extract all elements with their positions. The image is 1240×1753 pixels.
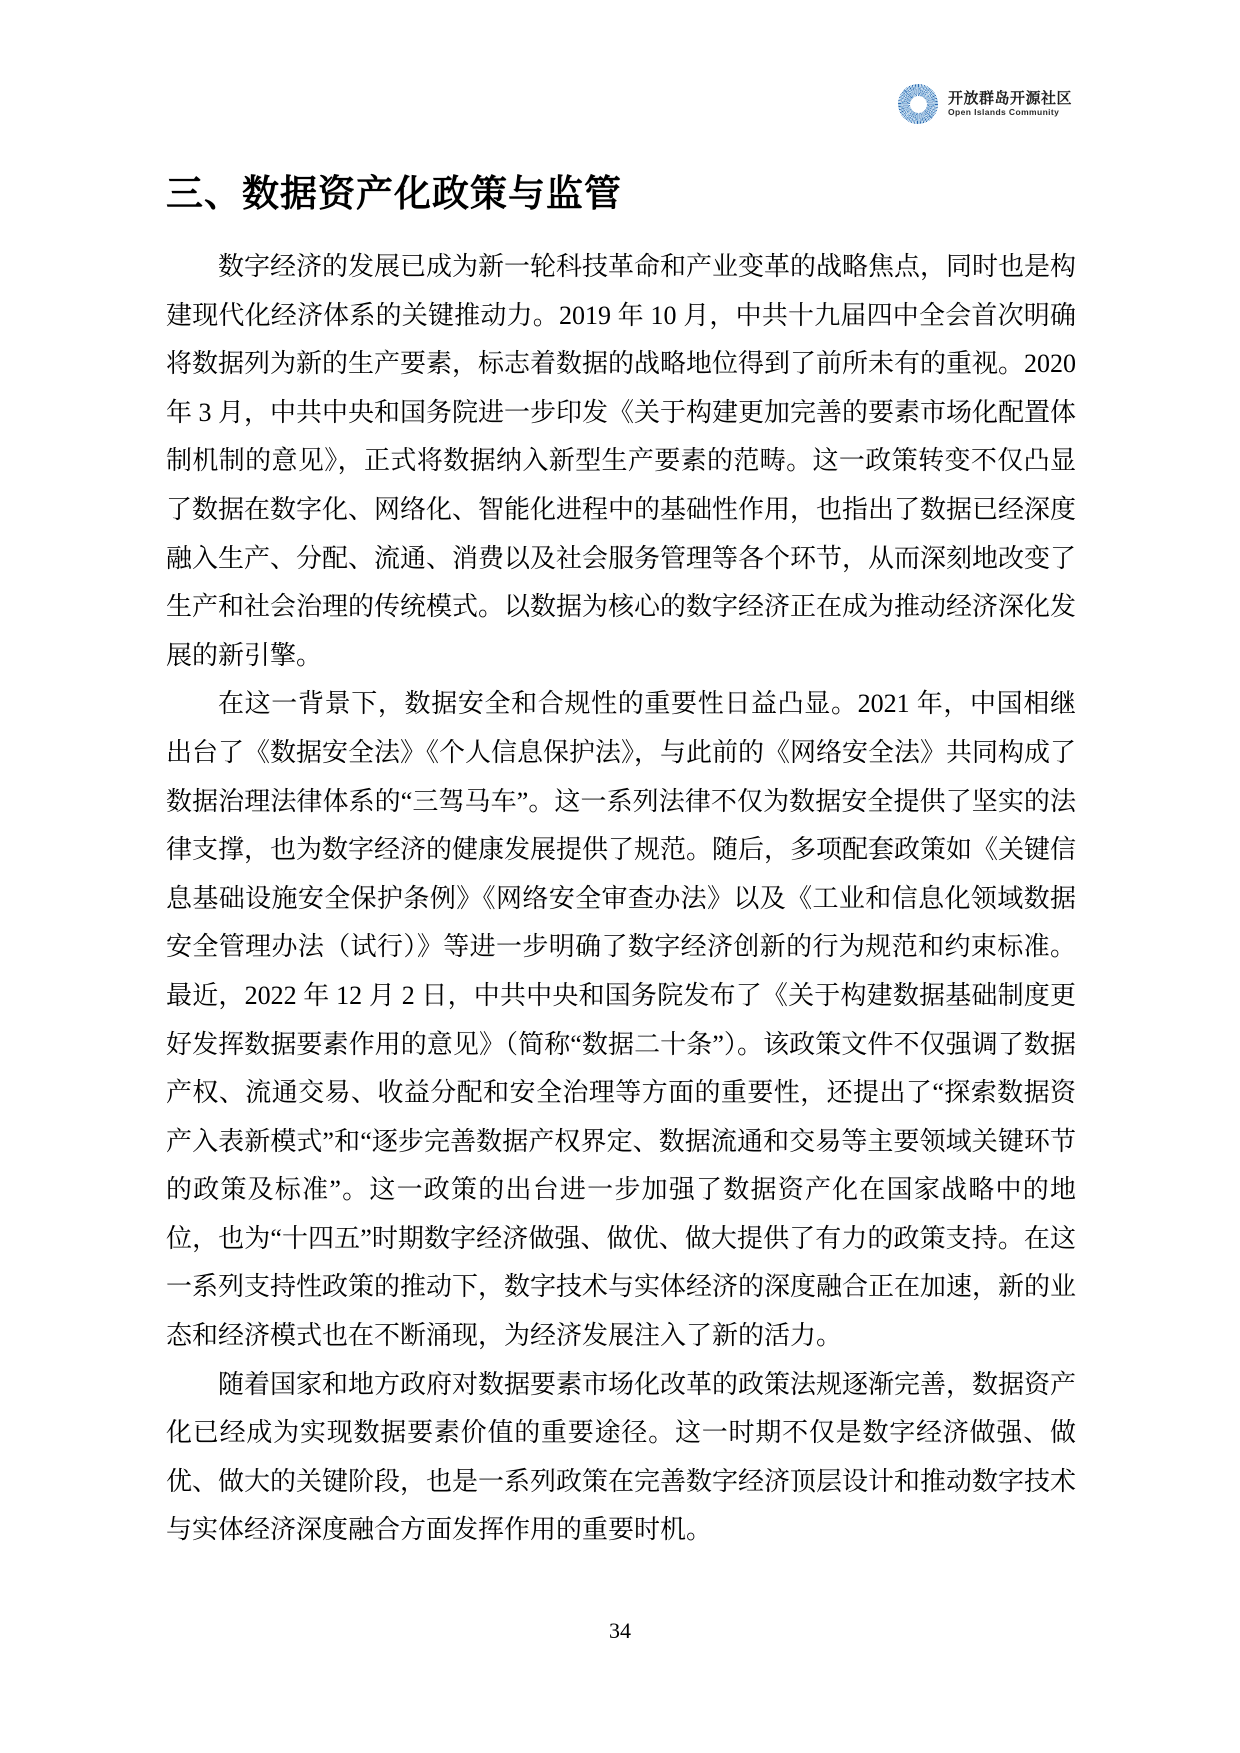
page-number: 34 — [0, 1618, 1240, 1644]
logo-text: 开放群岛开源社区 Open Islands Community — [948, 91, 1072, 118]
org-logo: 开放群岛开源社区 Open Islands Community — [898, 84, 1072, 124]
body-text: 数字经济的发展已成为新一轮科技革命和产业变革的战略焦点，同时也是构建现代化经济体… — [166, 243, 1076, 1555]
logo-name-english: Open Islands Community — [948, 108, 1072, 117]
paragraph-1: 数字经济的发展已成为新一轮科技革命和产业变革的战略焦点，同时也是构建现代化经济体… — [166, 243, 1076, 680]
sunburst-icon — [898, 84, 938, 124]
document-page: 开放群岛开源社区 Open Islands Community 三、数据资产化政… — [0, 0, 1240, 1753]
logo-name-chinese: 开放群岛开源社区 — [948, 91, 1072, 107]
paragraph-3: 随着国家和地方政府对数据要素市场化改革的政策法规逐渐完善，数据资产化已经成为实现… — [166, 1361, 1076, 1555]
paragraph-2: 在这一背景下，数据安全和合规性的重要性日益凸显。2021 年，中国相继出台了《数… — [166, 680, 1076, 1360]
section-heading: 三、数据资产化政策与监管 — [166, 172, 622, 216]
